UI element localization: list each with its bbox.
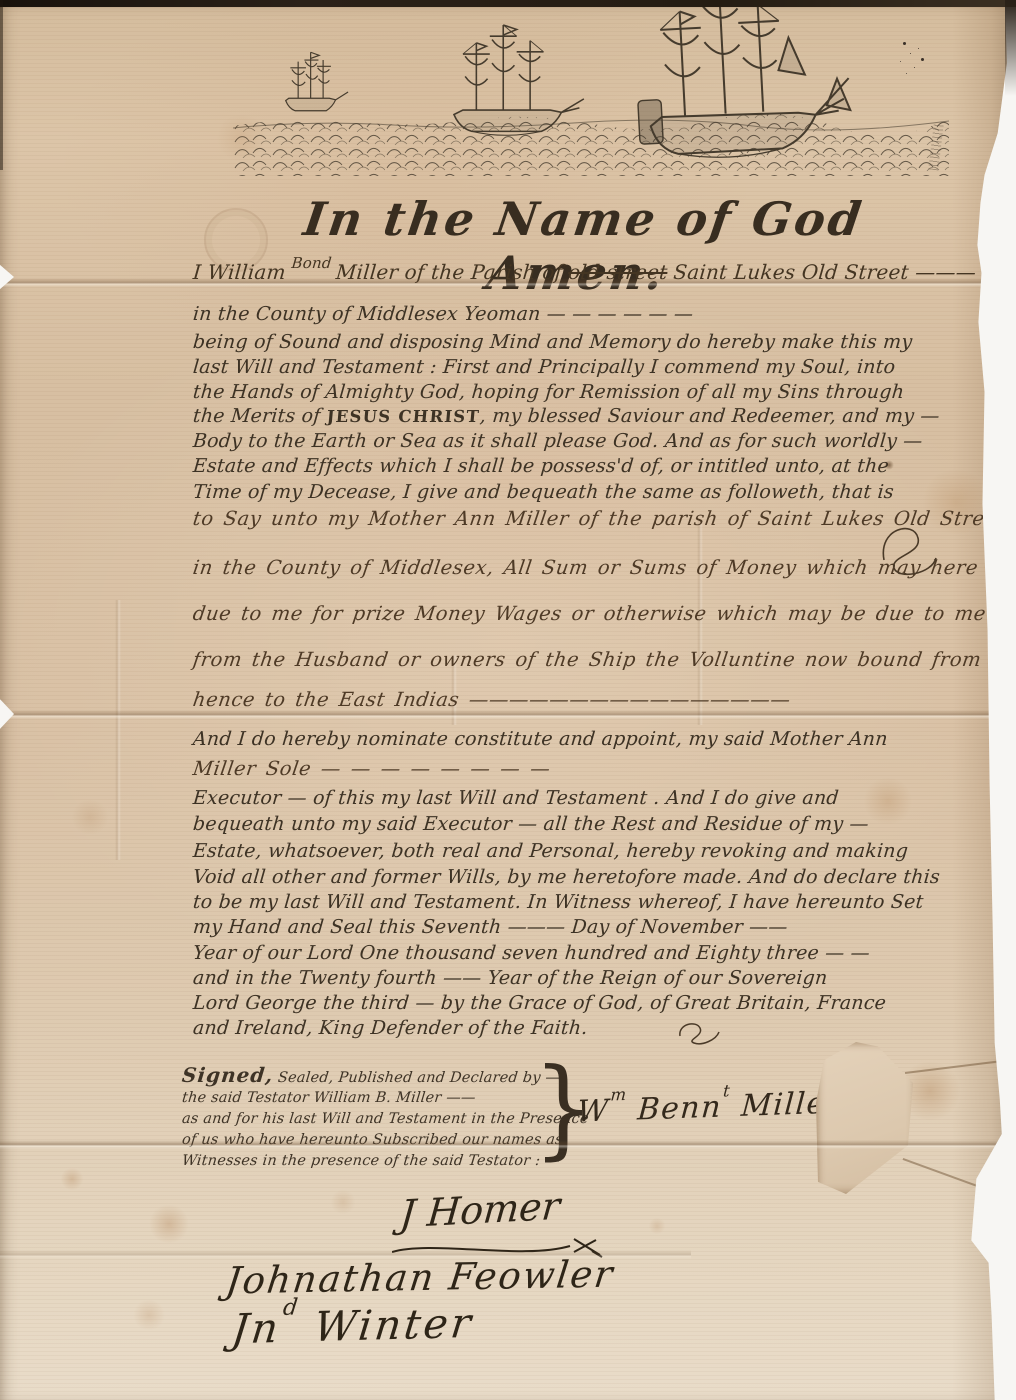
scan-edge: [0, 0, 1016, 7]
witness-signature-3: Jnd Winter: [229, 1299, 476, 1353]
will-line: and in the Twenty fourth —— Year of the …: [192, 966, 954, 990]
edge-tear: [0, 698, 14, 730]
witness-signature-2: Johnathan Feowler: [223, 1253, 616, 1303]
will-line: Body to the Earth or Sea as it shall ple…: [192, 429, 954, 453]
merits-post: , my blessed Saviour and Redeemer, and m…: [479, 405, 941, 427]
merits-pre: the Merits of: [192, 405, 328, 427]
will-line: Estate and Effects which I shall be poss…: [192, 454, 954, 478]
stain: [648, 1218, 666, 1234]
attestation-text: Sealed, Published and Declared by —: [272, 1070, 561, 1086]
fold-crease-vertical: [115, 600, 121, 860]
merits-emphasis: JESUS CHRIST: [326, 407, 481, 426]
will-line-county: in the County of Middlesex Yeoman — — — …: [192, 302, 954, 326]
will-line: being of Sound and disposing Mind and Me…: [192, 330, 954, 354]
will-line: and Ireland, King Defender of the Faith.: [192, 1016, 954, 1040]
attestation-line: Signed, Sealed, Published and Declared b…: [181, 1066, 562, 1087]
testator-signature: Wm Bennt Miller: [576, 1085, 843, 1129]
will-line: bequeath unto my said Executor — all the…: [192, 812, 954, 836]
will-line: to be my last Will and Testament. In Wit…: [192, 890, 954, 914]
fold-crease: [0, 278, 1016, 287]
will-line: due to me for prize Money Wages or other…: [191, 602, 954, 626]
will-line: Lord George the third — by the Grace of …: [192, 991, 954, 1015]
will-line: And I do hereby nominate constitute and …: [192, 727, 954, 751]
stain: [148, 1205, 190, 1243]
paper-edge-shading: [952, 0, 1008, 1400]
will-line: Year of our Lord One thousand seven hund…: [192, 941, 954, 965]
will-line: Estate, whatsoever, both real and Person…: [192, 839, 954, 863]
fold-crease: [0, 1250, 691, 1259]
stain: [60, 1168, 84, 1190]
pen-flourish-end: [676, 1018, 722, 1046]
attestation-line: the said Testator William B. Miller ——: [181, 1089, 477, 1107]
will-line: in the County of Middlesex, All Sum or S…: [191, 556, 954, 580]
attestation-line: as and for his last Will and Testament i…: [181, 1110, 590, 1128]
paper-sheet: In the Name of God Amen. I WilliamBondMi…: [0, 0, 1016, 1400]
pen-flourish-loop: [870, 508, 942, 580]
will-line: Void all other and former Wills, by me h…: [192, 865, 954, 889]
ink-specks: [903, 42, 906, 45]
inserted-word: Bond: [291, 254, 333, 272]
will-line: my Hand and Seal this Seventh ——— Day of…: [192, 915, 954, 939]
scanned-will-document: { "colors": { "paper": "#d8c2a6", "paper…: [0, 0, 1016, 1400]
will-line: Time of my Decease, I give and bequeath …: [192, 480, 954, 504]
will-line: last Will and Testament : First and Prin…: [192, 355, 954, 379]
scan-edge: [0, 0, 3, 170]
will-line: to Say unto my Mother Ann Miller of the …: [191, 507, 954, 531]
will-line: the Hands of Almighty God, hoping for Re…: [192, 380, 954, 404]
stain: [330, 1190, 356, 1214]
ship-small-icon: [286, 52, 348, 111]
will-line: hence to the East Indias ———————————————…: [191, 688, 954, 712]
attestation-line: Witnesses in the presence of the said Te…: [181, 1152, 561, 1170]
will-line: from the Husband or owners of the Ship t…: [191, 648, 954, 672]
fold-crease: [0, 1140, 1016, 1149]
stain: [132, 1300, 166, 1330]
ships-engraving: [233, 2, 949, 176]
witness-signature-1: J Homer: [398, 1184, 562, 1237]
folded-corner-patch: [816, 1042, 916, 1194]
will-line-merits: the Merits of JESUS CHRIST, my blessed S…: [192, 404, 954, 429]
will-line: Executor — of this my last Will and Test…: [192, 786, 954, 810]
ship-medium-icon: [454, 25, 584, 135]
stain: [70, 800, 110, 834]
attestation-lead: Signed,: [181, 1063, 275, 1087]
scan-edge: [1005, 0, 1016, 96]
fold-crease: [0, 710, 1016, 719]
will-line: Miller Sole — — — — — — — —: [191, 757, 954, 781]
